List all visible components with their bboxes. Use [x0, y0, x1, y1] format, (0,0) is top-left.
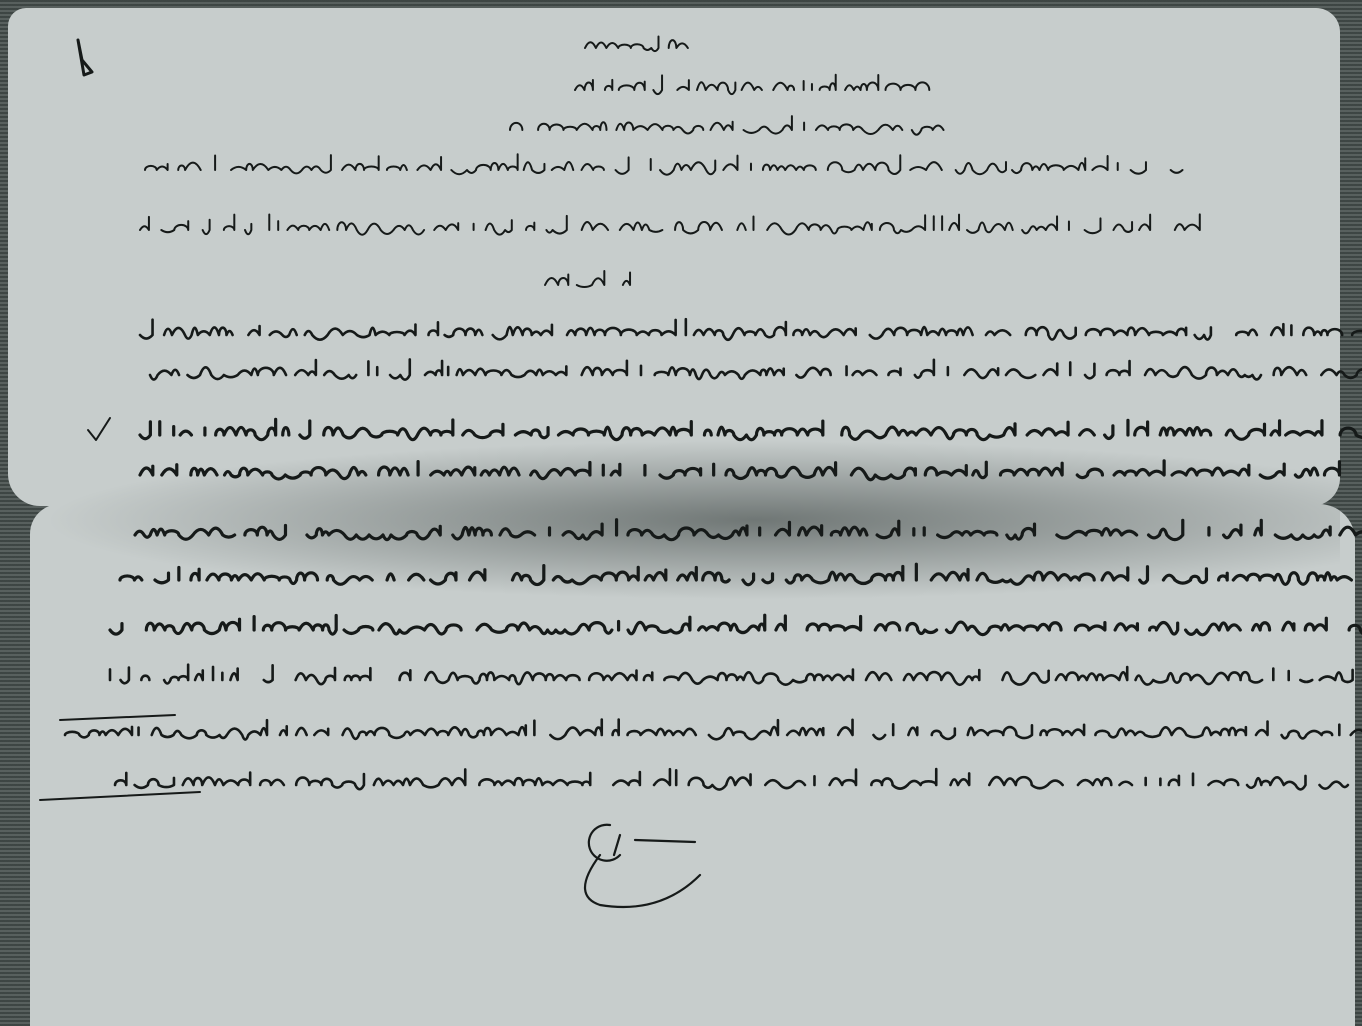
handwritten-body-line: [150, 359, 1362, 379]
handwritten-header-line: [510, 116, 944, 135]
signature-flourish: [585, 825, 700, 907]
handwritten-header-line: [140, 214, 1214, 234]
handwritten-body-line: [120, 564, 1362, 585]
handwritten-header-line: [575, 75, 929, 94]
handwritten-header-line: [145, 154, 1182, 174]
handwritten-header-line: [585, 36, 688, 51]
handwritten-body-line: [140, 319, 1362, 340]
handwritten-body-line: [110, 665, 1362, 685]
handwritten-body-line: [140, 461, 1362, 480]
checkmark-icon: [88, 418, 110, 440]
ink-blot: [78, 40, 92, 75]
handwritten-body-line: [115, 769, 1348, 789]
handwritten-body-line: [65, 720, 1362, 740]
handwritten-header-line: [545, 271, 646, 287]
handwritten-body-line: [140, 419, 1362, 439]
handwriting-layer: [0, 0, 1362, 1026]
handwritten-body-line: [135, 520, 1362, 540]
margin-underline: [40, 792, 200, 800]
handwritten-body-line: [110, 615, 1362, 635]
margin-underline: [60, 715, 175, 720]
